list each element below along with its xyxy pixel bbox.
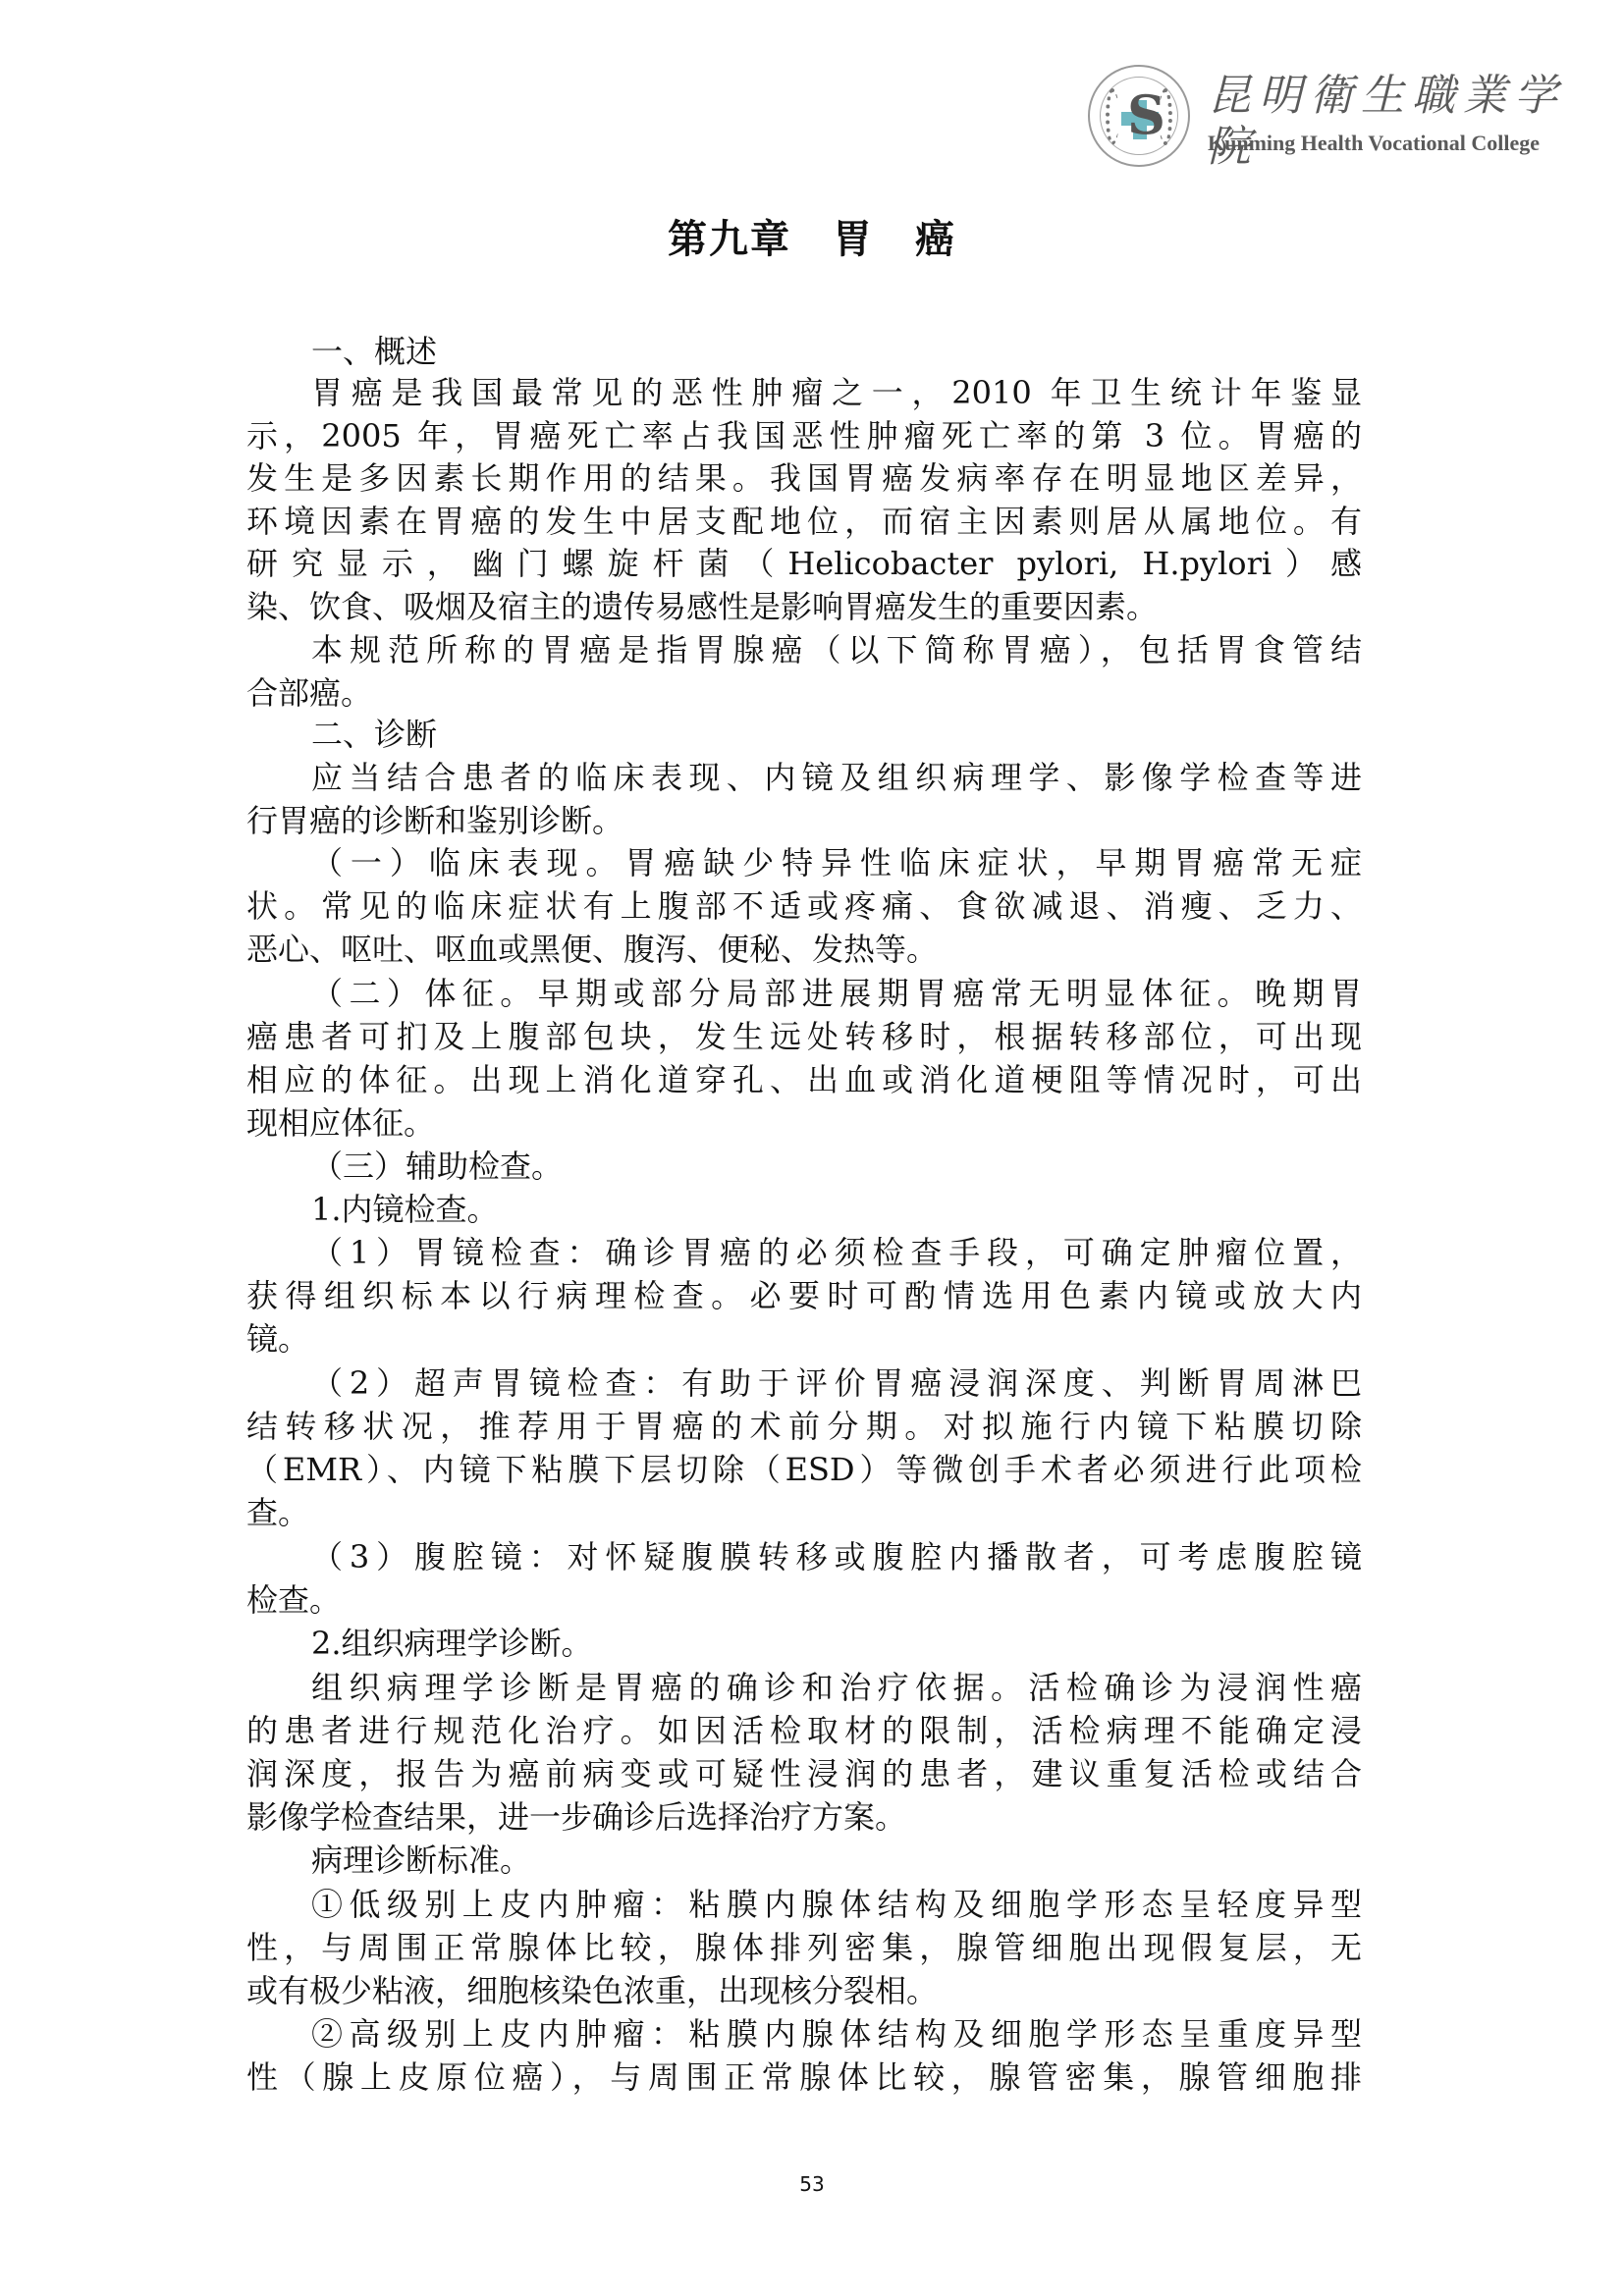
text-line: 研究显示，幽门螺旋杆菌（Helicobacter pylori, H.pylor… — [246, 542, 1362, 585]
text-line: 现相应体征。 — [246, 1101, 1362, 1145]
text-line: 癌患者可扪及上腹部包块，发生远处转移时，根据转移部位，可出现 — [246, 1015, 1362, 1058]
text-line: 结转移状况，推荐用于胃癌的术前分期。对拟施行内镜下粘膜切除 — [246, 1405, 1362, 1448]
text-line: 影像学检查结果，进一步确诊后选择治疗方案。 — [246, 1795, 1362, 1839]
page-number: 53 — [0, 2171, 1624, 2197]
text-line: 一、概述 — [311, 330, 1362, 373]
text-line: （EMR）、内镜下粘膜下层切除（ESD）等微创手术者必须进行此项检 — [246, 1448, 1362, 1491]
text-line: 行胃癌的诊断和鉴别诊断。 — [246, 799, 1362, 842]
text-line: （1）胃镜检查：确诊胃癌的必须检查手段，可确定肿瘤位置， — [311, 1231, 1362, 1274]
text-line: 组织病理学诊断是胃癌的确诊和治疗依据。活检确诊为浸润性癌 — [311, 1666, 1362, 1709]
text-line: ②高级别上皮内肿瘤：粘膜内腺体结构及细胞学形态呈重度异型 — [311, 2012, 1362, 2056]
text-line: 获得组织标本以行病理检查。必要时可酌情选用色素内镜或放大内 — [246, 1274, 1362, 1317]
college-logo: S 昆明衛生職業学院 Kunming Health Vocational Col… — [1088, 65, 1598, 173]
text-line: 胃癌是我国最常见的恶性肿瘤之一，2010 年卫生统计年鉴显 — [311, 371, 1362, 414]
text-line: 应当结合患者的临床表现、内镜及组织病理学、影像学检查等进 — [311, 756, 1362, 799]
text-line: 本规范所称的胃癌是指胃腺癌（以下简称胃癌），包括胃食管结 — [311, 628, 1362, 671]
text-line: 恶心、呕吐、呕血或黑便、腹泻、便秘、发热等。 — [246, 928, 1362, 971]
text-line: 性（腺上皮原位癌），与周围正常腺体比较，腺管密集，腺管细胞排 — [246, 2056, 1362, 2099]
text-line: 检查。 — [246, 1578, 1362, 1622]
text-line: （三）辅助检查。 — [311, 1145, 1362, 1188]
text-line: 1.内镜检查。 — [311, 1188, 1362, 1231]
text-line: 环境因素在胃癌的发生中居支配地位，而宿主因素则居从属地位。有 — [246, 500, 1362, 543]
text-line: 的患者进行规范化治疗。如因活检取材的限制，活检病理不能确定浸 — [246, 1709, 1362, 1752]
text-line: 病理诊断标准。 — [311, 1839, 1362, 1882]
text-line: 或有极少粘液，细胞核染色浓重，出现核分裂相。 — [246, 1969, 1362, 2012]
text-line: 润深度，报告为癌前病变或可疑性浸润的患者，建议重复活检或结合 — [246, 1752, 1362, 1795]
text-line: 性，与周围正常腺体比较，腺体排列密集，腺管细胞出现假复层，无 — [246, 1926, 1362, 1969]
text-line: 示，2005 年，胃癌死亡率占我国恶性肿瘤死亡率的第 3 位。胃癌的 — [246, 414, 1362, 457]
text-line: 二、诊断 — [311, 713, 1362, 756]
college-name-chinese: 昆明衛生職業学院 — [1208, 71, 1598, 173]
text-line: （2）超声胃镜检查：有助于评价胃癌浸润深度、判断胃周淋巴 — [311, 1362, 1362, 1405]
text-line: （二）体征。早期或部分局部进展期胃癌常无明显体征。晚期胃 — [311, 972, 1362, 1015]
text-line: 发生是多因素长期作用的结果。我国胃癌发病率存在明显地区差异， — [246, 456, 1362, 500]
text-line: （3）腹腔镜：对怀疑腹膜转移或腹腔内播散者，可考虑腹腔镜 — [311, 1535, 1362, 1578]
text-line: （一）临床表现。胃癌缺少特异性临床症状，早期胃癌常无症 — [311, 841, 1362, 884]
college-name-english: Kunming Health Vocational College — [1208, 130, 1540, 157]
college-seal-icon: S — [1088, 65, 1190, 167]
text-line: 状。常见的临床症状有上腹部不适或疼痛、食欲减退、消瘦、乏力、 — [246, 884, 1362, 928]
chapter-title: 第九章 胃 癌 — [0, 210, 1624, 269]
text-line: ①低级别上皮内肿瘤：粘膜内腺体结构及细胞学形态呈轻度异型 — [311, 1883, 1362, 1926]
wreath-left-icon — [1106, 88, 1119, 145]
text-line: 镜。 — [246, 1317, 1362, 1361]
text-line: 查。 — [246, 1491, 1362, 1534]
dragon-icon: S — [1127, 88, 1165, 141]
text-line: 染、饮食、吸烟及宿主的遗传易感性是影响胃癌发生的重要因素。 — [246, 585, 1362, 628]
text-line: 2.组织病理学诊断。 — [311, 1622, 1362, 1665]
text-line: 合部癌。 — [246, 671, 1362, 715]
text-line: 相应的体征。出现上消化道穿孔、出血或消化道梗阻等情况时，可出 — [246, 1058, 1362, 1101]
